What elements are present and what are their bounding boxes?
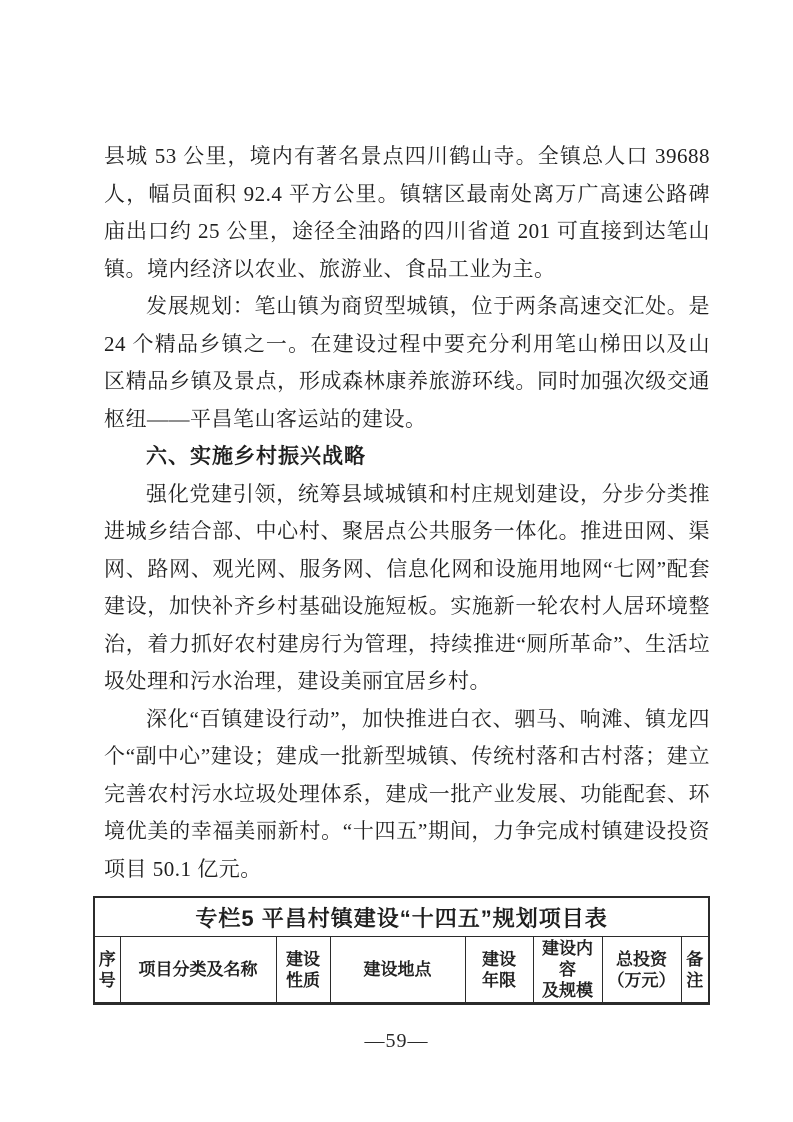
table-header-cell: 建设 年限 (465, 937, 533, 1004)
table-header-row: 序 号项目分类及名称建设 性质建设地点建设 年限建设内容 及规模总投资 （万元）… (94, 937, 709, 1004)
table-title: 专栏5 平昌村镇建设“十四五”规划项目表 (94, 897, 709, 937)
table-header-cell: 备 注 (681, 937, 709, 1004)
table-header-cell: 总投资 （万元） (602, 937, 681, 1004)
document-body: 县城 53 公里，境内有著名景点四川鹤山寺。全镇总人口 39688 人，幅员面积… (104, 138, 710, 888)
table-title-row: 专栏5 平昌村镇建设“十四五”规划项目表 (94, 897, 709, 937)
paragraph: 强化党建引领，统筹县域城镇和村庄规划建设，分步分类推进城乡结合部、中心村、聚居点… (104, 476, 710, 701)
page-number: —59— (0, 1028, 793, 1054)
table-header-cell: 项目分类及名称 (120, 937, 276, 1004)
section-heading: 六、实施乡村振兴战略 (104, 438, 710, 476)
table-header-cell: 序 号 (94, 937, 120, 1004)
projects-table: 专栏5 平昌村镇建设“十四五”规划项目表 序 号项目分类及名称建设 性质建设地点… (93, 896, 710, 1005)
table-header-cell: 建设地点 (330, 937, 465, 1004)
table-header-cell: 建设 性质 (276, 937, 330, 1004)
paragraph: 县城 53 公里，境内有著名景点四川鹤山寺。全镇总人口 39688 人，幅员面积… (104, 138, 710, 288)
paragraph: 发展规划：笔山镇为商贸型城镇，位于两条高速交汇处。是 24 个精品乡镇之一。在建… (104, 288, 710, 438)
table-header-cell: 建设内容 及规模 (533, 937, 602, 1004)
paragraph: 深化“百镇建设行动”，加快推进白衣、驷马、响滩、镇龙四个“副中心”建设；建成一批… (104, 701, 710, 889)
page: 县城 53 公里，境内有著名景点四川鹤山寺。全镇总人口 39688 人，幅员面积… (0, 0, 793, 1122)
